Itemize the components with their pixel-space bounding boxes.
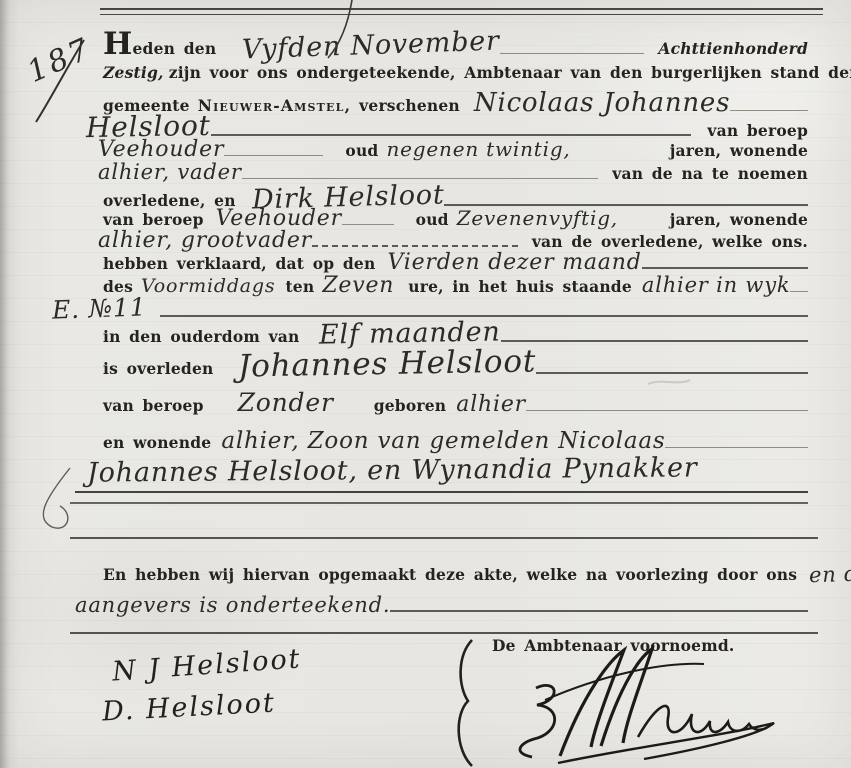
fill-rule bbox=[536, 372, 808, 374]
printed-van-beroep: van beroep bbox=[103, 210, 204, 229]
printed-jaren-wonende: jaren, wonende bbox=[670, 141, 808, 160]
handwritten-overlijdensdatum: Vierden dezer maand bbox=[387, 250, 641, 275]
form-line-woonplaats1: alhier, vader van de na te noemen bbox=[98, 160, 808, 184]
printed-van-beroep: van beroep bbox=[103, 396, 204, 415]
fill-rule bbox=[790, 291, 808, 292]
handwritten-comparant2-leeftijd: Zevenenvyftig, bbox=[457, 206, 618, 230]
form-line-slot: En hebben wij hiervan opgemaakt deze akt… bbox=[103, 561, 808, 585]
form-line-beroep1: Veehouder oud negenen twintig, jaren, wo… bbox=[98, 137, 808, 162]
form-line-beroep-overledene: van beroep Zonder geboren alhier bbox=[103, 388, 808, 417]
fill-rule bbox=[665, 447, 808, 448]
blank-rule-1 bbox=[70, 502, 808, 504]
printed-jaren-wonende: jaren, wonende bbox=[670, 210, 808, 229]
handwritten-woonplaats-regel1: alhier, Zoon van gemelden Nicolaas bbox=[221, 428, 665, 454]
handwritten-date: Vyfden November bbox=[242, 26, 501, 66]
fill-rule bbox=[526, 410, 808, 411]
top-double-rule bbox=[100, 8, 823, 15]
form-line-wonende: en wonende alhier, Zoon van gemelden Nic… bbox=[103, 428, 808, 454]
handwritten-naam-overledene: Johannes Helsloot bbox=[237, 343, 536, 384]
closing-rule bbox=[70, 632, 818, 634]
fill-rule bbox=[500, 53, 644, 54]
printed-achttienhonderd: Achttienhonderd bbox=[658, 39, 808, 58]
form-line-overledene-naam: is overleden Johannes Helsloot bbox=[103, 346, 808, 382]
form-line-zestig: Zestig, zijn voor ons ondergeteekende, A… bbox=[103, 63, 808, 82]
fill-rule bbox=[642, 267, 808, 269]
fill-rule bbox=[390, 610, 808, 612]
handwritten-geboorteplaats: alhier bbox=[456, 392, 526, 417]
signature-declarant-2: D. Helsloot bbox=[101, 687, 276, 727]
fill-rule bbox=[211, 134, 692, 136]
death-certificate-scan: 187 Heden den Vyfden November Achttienho… bbox=[0, 0, 851, 768]
fill-rule bbox=[501, 340, 808, 342]
fill-rule bbox=[224, 155, 323, 156]
form-line-slot-2: aangevers is onderteekend. bbox=[75, 593, 808, 617]
fill-rule bbox=[342, 224, 394, 225]
brace-mark bbox=[459, 640, 472, 766]
printed-ondergeteekende: zijn voor ons ondergeteekende, Ambtenaar… bbox=[169, 63, 851, 82]
printed-oud: oud bbox=[345, 141, 378, 160]
blank-rule-2 bbox=[70, 537, 818, 539]
form-line-verklaard: hebben verklaard, dat op den Vierden dez… bbox=[103, 250, 808, 275]
printed-geboren: geboren bbox=[374, 396, 447, 415]
official-signature bbox=[520, 649, 774, 763]
handwritten-comparant1-beroep: Veehouder bbox=[98, 137, 224, 162]
handwritten-slot-1: en de beide bbox=[809, 559, 851, 588]
handwritten-slot-2: aangevers is onderteekend. bbox=[75, 593, 390, 617]
printed-hebben-verklaard: hebben verklaard, dat op den bbox=[103, 254, 375, 273]
printed-slot: En hebben wij hiervan opgemaakt deze akt… bbox=[103, 565, 797, 584]
handwritten-beroep-overledene: Zonder bbox=[238, 388, 334, 417]
fill-rule bbox=[312, 245, 518, 247]
printed-zestig: Zestig, bbox=[103, 63, 164, 82]
printed-van-de-na-te-noemen: van de na te noemen bbox=[612, 164, 808, 183]
printed-oud: oud bbox=[416, 210, 449, 229]
form-line-ouders: Johannes Helsloot, en Wynandia Pynakker bbox=[75, 455, 808, 493]
pen-flourish-left bbox=[43, 468, 70, 528]
printed-van-de-overledene: van de overledene, welke ons. bbox=[532, 232, 808, 251]
handwritten-comparant1-leeftijd: negenen twintig, bbox=[386, 137, 570, 161]
printed-en-wonende: en wonende bbox=[103, 433, 211, 452]
form-line-date: Heden den Vyfden November Achttienhonder… bbox=[103, 30, 808, 61]
printed-ambtenaar-voornoemd: De Ambtenaar voornoemd. bbox=[492, 636, 734, 655]
handwritten-woonplaats-regel2: Johannes Helsloot, en Wynandia Pynakker bbox=[87, 452, 698, 488]
printed-in-den-ouderdom-van: in den ouderdom van bbox=[103, 327, 299, 346]
fill-rule bbox=[242, 178, 599, 179]
handwritten-comparant1-woonplaats: alhier, vader bbox=[98, 160, 242, 184]
printed-is-overleden: is overleden bbox=[103, 359, 214, 378]
signature-declarant-1: N J Helsloot bbox=[111, 643, 302, 687]
printed-heden-den: Heden den bbox=[103, 34, 216, 58]
